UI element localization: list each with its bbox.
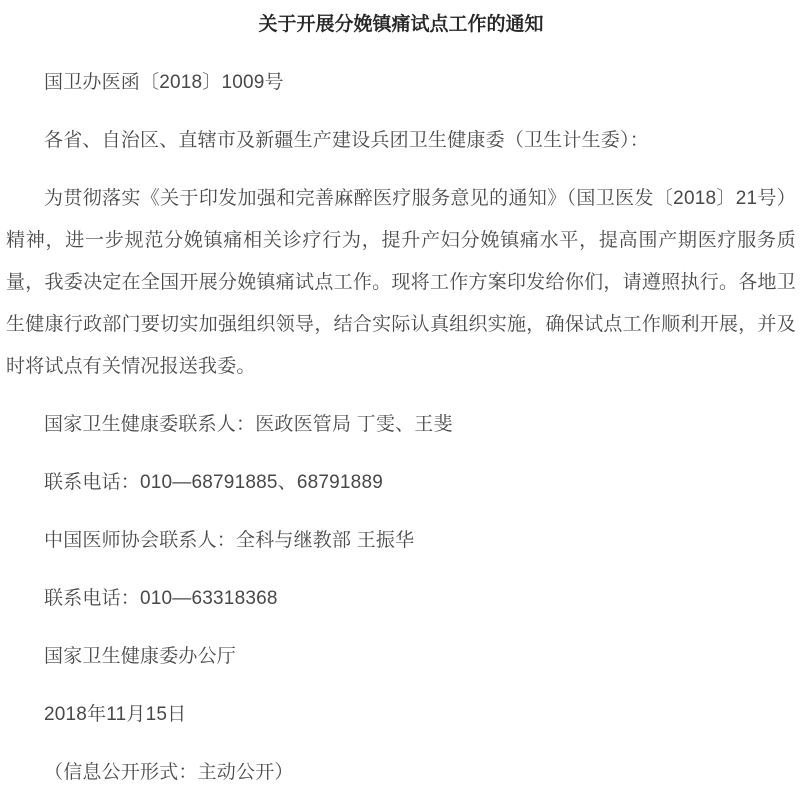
body-paragraph: 为贯彻落实《关于印发加强和完善麻醉医疗服务意见的通知》（国卫医发〔2018〕21… <box>6 178 796 388</box>
issuer-line: 国家卫生健康委办公厅 <box>6 636 796 678</box>
cmda-phone-line: 联系电话：010—63318368 <box>6 578 796 620</box>
date-line: 2018年11月15日 <box>6 694 796 736</box>
nhc-phone-line: 联系电话：010—68791885、68791889 <box>6 462 796 504</box>
disclosure-line: （信息公开形式：主动公开） <box>6 752 796 793</box>
cmda-contact-line: 中国医师协会联系人：全科与继教部 王振华 <box>6 520 796 562</box>
nhc-contact-line: 国家卫生健康委联系人：医政医管局 丁雯、王斐 <box>6 404 796 446</box>
document-page: 关于开展分娩镇痛试点工作的通知 国卫办医函〔2018〕1009号 各省、自治区、… <box>0 0 806 793</box>
addressee-line: 各省、自治区、直辖市及新疆生产建设兵团卫生健康委（卫生计生委）： <box>6 120 796 162</box>
document-title: 关于开展分娩镇痛试点工作的通知 <box>6 4 796 46</box>
doc-number-line: 国卫办医函〔2018〕1009号 <box>6 62 796 104</box>
